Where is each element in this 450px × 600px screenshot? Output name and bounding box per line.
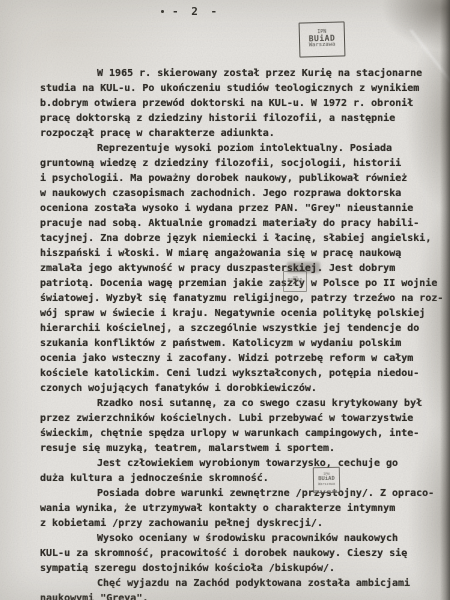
- text-line: rozpoczął pracę w charakterze adiunkta.: [40, 126, 450, 141]
- text-line: przez zwierzchników kościelnych. Lubi pr…: [40, 411, 450, 426]
- paragraph: W 1965 r. skierowany został przez Kurię …: [40, 66, 450, 141]
- text-line: duża kultura a jednocześnie skromność.: [40, 471, 450, 486]
- text-line: kościele katolickim. Ceni ludzi wykształ…: [40, 366, 450, 381]
- text-line: resuje się muzyką, teatrem, malarstwem i…: [40, 441, 450, 456]
- text-line: hiszpański i włoski. W miarę angażowania…: [40, 246, 450, 261]
- stamp-city-line: Warszawa: [318, 483, 335, 487]
- ipn-stamp: IPN BUiAD Warszawa: [299, 21, 346, 57]
- text-line: Rzadko nosi sutannę, za co swego czasu k…: [40, 396, 450, 411]
- ipn-stamp-faint: IPN BUiAD Warszawa: [313, 467, 340, 493]
- text-line: Reprezentuje wysoki poziom intolektualny…: [40, 141, 450, 156]
- text-line: pracę doktorską z dziedziny historii fil…: [40, 111, 450, 126]
- text-line: tacyjnej. Zna dobrze język niemiecki i ł…: [40, 231, 450, 246]
- text-line: i psychologii. Ma poważny dorobek naukow…: [40, 171, 450, 186]
- text-line: Chęć wyjazdu na Zachód podyktowana zosta…: [40, 576, 450, 591]
- text-line: światowej. Wyzbył się fanatyzmu religijn…: [40, 291, 450, 306]
- text-line: ocenia jako wsteczny i zacofany. Widzi p…: [40, 351, 450, 366]
- scanned-document-page: { "colors": { "paper": "#e6e4e0", "ink":…: [0, 0, 450, 600]
- paragraph: Jest człowiekiem wyrobionym towarzysko, …: [40, 456, 450, 486]
- text-line: studia na KUL-u. Po ukończeniu studiów t…: [40, 81, 450, 96]
- paragraph: Chęć wyjazdu na Zachód podyktowana zosta…: [40, 576, 450, 600]
- text-line: zmalała jego aktywność w pracy duszpaste…: [40, 261, 450, 276]
- text-line: czonych wojujących fanatyków i dorobkiew…: [40, 381, 450, 396]
- paragraph: Posiada dobre warunki zewnętrzne /przyst…: [40, 486, 450, 531]
- text-line: Jest człowiekiem wyrobionym towarzysko, …: [40, 456, 450, 471]
- text-line: pracuje nad sobą. Aktualnie gromadzi mat…: [40, 216, 450, 231]
- text-line: wania wynika, że utrzymywał kontakty o c…: [40, 501, 450, 516]
- text-line: Posiada dobre warunki zewnętrzne /przyst…: [40, 486, 450, 501]
- text-line: świeckim, chętnie spędza urlopy w warunk…: [40, 426, 450, 441]
- document-body: W 1965 r. skierowany został przez Kurię …: [40, 66, 450, 600]
- page-number: - 2 -: [172, 5, 220, 18]
- text-line: Wysoko oceniany w środowisku pracowników…: [40, 531, 450, 546]
- ipn-stamp-faint: IPN BUiAD Warszawa: [283, 271, 307, 292]
- text-line: KUL-u za skromność, pracowitość i dorobe…: [40, 546, 450, 561]
- text-line: oceniona została wysoko i wydana przez P…: [40, 201, 450, 216]
- stamp-city-line: Warszawa: [288, 284, 302, 287]
- paragraph: Rzadko nosi sutannę, za co swego czasu k…: [40, 396, 450, 456]
- text-line: sympatią szeregu dostojników kościoła /b…: [40, 561, 450, 576]
- scan-artifact-dot: [161, 10, 164, 13]
- text-line: wój spraw w świecie i kraju. Negatywnie …: [40, 306, 450, 321]
- paragraph: Wysoko oceniany w środowisku pracowników…: [40, 531, 450, 576]
- text-line: patriotą. Docenia wagę przemian jakie za…: [40, 276, 450, 291]
- text-line: w naukowych czasopismach zachodnich. Jeg…: [40, 186, 450, 201]
- paragraph: Reprezentuje wysoki poziom intolektualny…: [40, 141, 450, 396]
- text-line: b.dobrym otwiera przewód doktorski na KU…: [40, 96, 450, 111]
- text-line: W 1965 r. skierowany został przez Kurię …: [40, 66, 450, 81]
- text-line: naukowymi "Greya".: [40, 591, 450, 600]
- text-line: szukania konfliktów z państwem. Katolicy…: [40, 336, 450, 351]
- text-line: gruntowną wiedzę z dziedziny filozofii, …: [40, 156, 450, 171]
- text-line: hierarchii kościelnej, a szczególnie wsz…: [40, 321, 450, 336]
- text-line: z kobietami /przy zachowaniu pełnej dysk…: [40, 516, 450, 531]
- stamp-city-line: Warszawa: [309, 43, 336, 49]
